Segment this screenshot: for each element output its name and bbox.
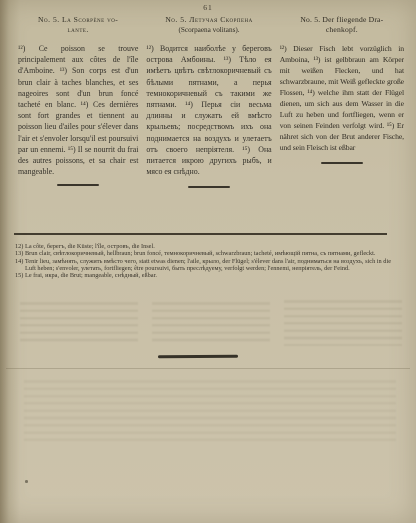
trilingual-columns: No. 5. La Scorpène vo- lante. ¹²) Ce poi…: [18, 15, 404, 188]
column-russian-header: No. 5. Летучая Скорпена (Scorpaena volit…: [146, 15, 271, 35]
column-russian-end-dash: [188, 186, 230, 188]
column-german-end-dash: [321, 162, 363, 164]
column-german-body: ¹²) Dieser Fisch lebt vorzüglich in Ambo…: [280, 43, 404, 153]
column-german-header-line2: chenkopf.: [280, 25, 404, 35]
verso-ink-dash: [158, 355, 238, 358]
column-russian: No. 5. Летучая Скорпена (Scorpaena volit…: [146, 15, 271, 188]
column-russian-header-line2: (Scorpaena volitans).: [146, 25, 271, 35]
column-french-header-line2: lante.: [18, 25, 138, 35]
column-french-header: No. 5. La Scorpène vo- lante.: [18, 15, 138, 35]
show-through-ghost-text-right: [284, 298, 402, 346]
verso-show-through-rule: [6, 368, 410, 369]
show-through-ghost-text-bottom: [24, 378, 396, 442]
show-through-ghost-text-middle: [152, 300, 270, 346]
column-russian-body: ¹²) Водится наиболѣе у береговъ острова …: [146, 43, 271, 177]
column-german-header-line1: No. 5. Der fliegende Dra-: [280, 15, 404, 25]
page-number: 61: [0, 3, 416, 12]
footnotes-block: 12) La côte, берегъ, die Küste; l'île, о…: [15, 243, 391, 280]
column-french-header-line1: No. 5. La Scorpène vo-: [18, 15, 138, 25]
paper-speck: [25, 480, 28, 483]
column-german: No. 5. Der fliegende Dra- chenkopf. ¹²) …: [280, 15, 404, 188]
column-french-body: ¹²) Ce poisson se trouve principalement …: [18, 43, 138, 177]
column-russian-header-line1: No. 5. Летучая Скорпена: [146, 15, 271, 25]
show-through-ghost-text-left: [20, 300, 138, 346]
book-page-scan: 61 No. 5. La Scorpène vo- lante. ¹²) Ce …: [0, 0, 416, 523]
footnote-12: 12) La côte, берегъ, die Küste; l'île, о…: [15, 243, 391, 250]
column-french: No. 5. La Scorpène vo- lante. ¹²) Ce poi…: [18, 15, 138, 188]
column-french-end-dash: [57, 184, 99, 186]
footnote-separator-rule: [14, 233, 387, 235]
footnote-13: 13) Brun clair, свѣтлокоричневый, hellbr…: [15, 250, 391, 257]
footnote-15: 15) Le frai, икра, die Brut; mangeable, …: [15, 272, 391, 279]
column-german-header: No. 5. Der fliegende Dra- chenkopf.: [280, 15, 404, 35]
footnote-14: 14) Tenir lieu, замѣнять, служить вмѣсто…: [15, 258, 391, 273]
